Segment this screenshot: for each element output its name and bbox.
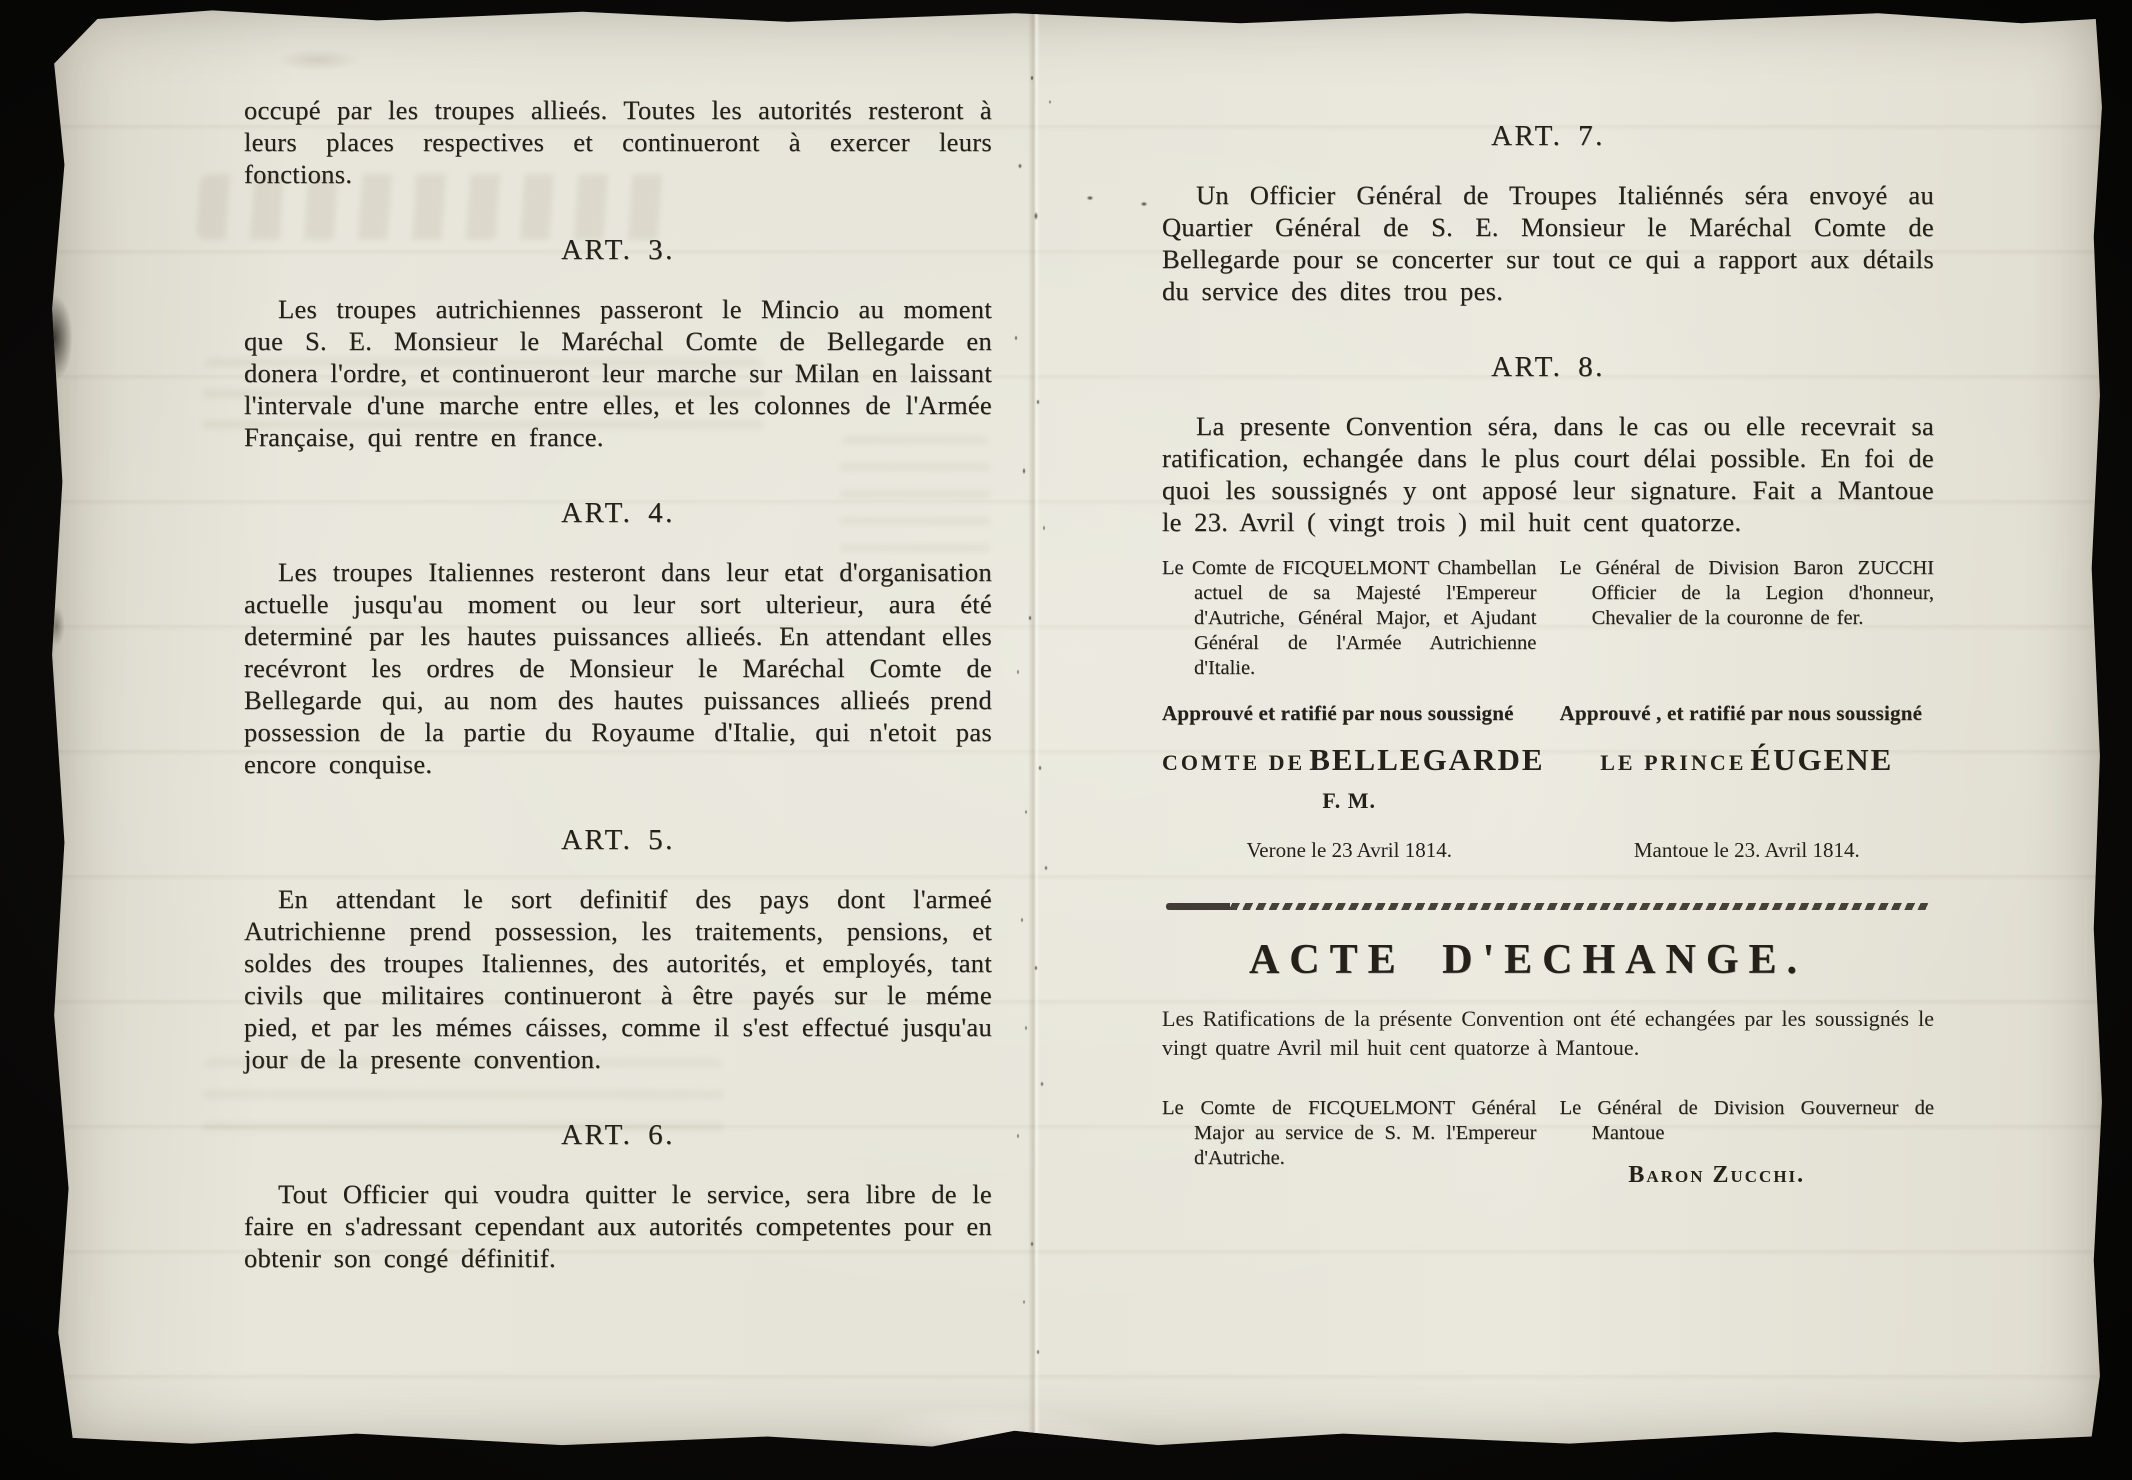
- acte-signatory-right-cell: Le Général de Division Gouverneur de Man…: [1560, 1096, 1934, 1189]
- date-left-cell: Verone le 23 Avril 1814.: [1162, 838, 1536, 863]
- approval-left-cell: Approuvé et ratifié par nous soussigné: [1162, 701, 1536, 726]
- signature-name-eugene: Le Prince ÉUGENE: [1560, 742, 1934, 778]
- acte-signature-zucchi: Baron Zucchi.: [1560, 1162, 1874, 1189]
- acte-signatory-left-cell: Le Comte de FICQUELMONT Général Major au…: [1162, 1096, 1536, 1189]
- article-5-heading: ART. 5.: [244, 824, 992, 857]
- date-mantoue: Mantoue le 23. Avril 1814.: [1560, 838, 1934, 863]
- article-4-body: Les troupes Italiennes resteront dans le…: [244, 556, 992, 780]
- article-3-body: Les troupes autrichiennes passeront le M…: [244, 293, 992, 453]
- signature-name-bellegarde: Comte de BELLEGARDE: [1162, 742, 1536, 778]
- article-5-body: En attendant le sort definitif des pays …: [244, 883, 992, 1075]
- approval-right-cell: Approuvé , et ratifié par nous soussigné: [1560, 701, 1934, 726]
- left-column: occupé par les troupes allieés. Toutes l…: [244, 94, 992, 1274]
- article-7-heading: ART. 7.: [1162, 120, 1934, 153]
- decorative-rule: [1166, 903, 1930, 910]
- date-right-cell: Mantoue le 23. Avril 1814.: [1560, 838, 1934, 863]
- article-4-heading: ART. 4.: [244, 497, 992, 530]
- signatory-right-title: Le Général de Division Baron ZUCCHI Offi…: [1560, 556, 1934, 631]
- date-verone: Verone le 23 Avril 1814.: [1162, 838, 1536, 863]
- initials-right-cell: [1560, 788, 1934, 814]
- signatory-left-title: Le Comte de FICQUELMONT Chambellan actue…: [1162, 556, 1536, 681]
- approval-row: Approuvé et ratifié par nous soussigné A…: [1162, 701, 1934, 726]
- signature-name-text: ÉUGENE: [1750, 742, 1893, 777]
- initials-text: F. M.: [1162, 788, 1536, 814]
- dates-row: Verone le 23 Avril 1814. Mantoue le 23. …: [1162, 838, 1934, 863]
- article-7-body: Un Officier Général de Troupes Italiénné…: [1162, 179, 1934, 307]
- initials-left-cell: F. M.: [1162, 788, 1536, 814]
- acte-title: ACTE D'ECHANGE.: [1162, 936, 1894, 984]
- approval-left-text: Approuvé et ratifié par nous soussigné: [1162, 701, 1536, 726]
- acte-signatory-right: Le Général de Division Gouverneur de Man…: [1560, 1096, 1934, 1146]
- signature-name-prefix: Comte de: [1162, 750, 1305, 775]
- continuation-paragraph: occupé par les troupes allieés. Toutes l…: [244, 94, 992, 190]
- acte-body: Les Ratifications de la présente Convent…: [1162, 1004, 1934, 1062]
- article-8-heading: ART. 8.: [1162, 351, 1934, 384]
- article-8-body: La presente Convention séra, dans le cas…: [1162, 410, 1934, 538]
- signature-names-row: Comte de BELLEGARDE Le Prince ÉUGENE: [1162, 742, 1934, 778]
- document-page: occupé par les troupes allieés. Toutes l…: [48, 6, 2104, 1448]
- fold-stitch-marks: [998, 6, 1168, 1448]
- signature-name-right-cell: Le Prince ÉUGENE: [1560, 742, 1934, 778]
- right-column: ART. 7. Un Officier Général de Troupes I…: [1162, 94, 1934, 1189]
- article-6-heading: ART. 6.: [244, 1119, 992, 1152]
- approval-right-text: Approuvé , et ratifié par nous soussigné: [1560, 701, 1934, 726]
- signature-name-prefix: Le Prince: [1600, 750, 1746, 775]
- article-6-body: Tout Officier qui voudra quitter le serv…: [244, 1178, 992, 1274]
- signatory-right-cell: Le Général de Division Baron ZUCCHI Offi…: [1560, 556, 1934, 681]
- scan-backdrop: occupé par les troupes allieés. Toutes l…: [0, 0, 2132, 1480]
- signature-name-text: BELLEGARDE: [1309, 742, 1544, 777]
- initials-row: F. M.: [1162, 788, 1934, 814]
- acte-signatory-left: Le Comte de FICQUELMONT Général Major au…: [1162, 1096, 1536, 1171]
- signature-name-left-cell: Comte de BELLEGARDE: [1162, 742, 1536, 778]
- acte-signatories-row: Le Comte de FICQUELMONT Général Major au…: [1162, 1096, 1934, 1189]
- signatory-left-cell: Le Comte de FICQUELMONT Chambellan actue…: [1162, 556, 1536, 681]
- article-3-heading: ART. 3.: [244, 234, 992, 267]
- signatory-titles-row: Le Comte de FICQUELMONT Chambellan actue…: [1162, 556, 1934, 681]
